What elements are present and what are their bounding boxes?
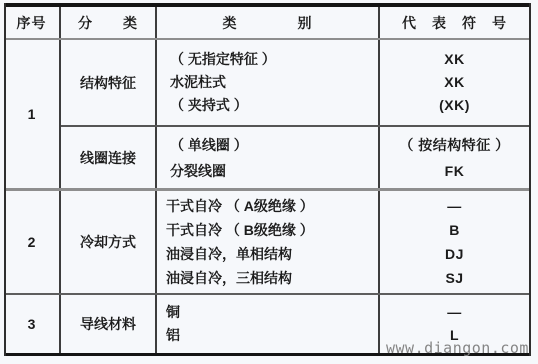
type-item: 干式自冷 （ B级绝缘 ） bbox=[166, 218, 314, 242]
symbol-item: B bbox=[449, 218, 460, 242]
category-conductor-material: 导线材料 bbox=[61, 295, 155, 353]
symbol-item: FK bbox=[445, 158, 465, 184]
header-col-no: 序号 bbox=[4, 7, 59, 38]
table-page: 序号 分 类 类 别 代 表 符 号 1 结构特征 （ 无指定特征 ） 水泥柱式… bbox=[0, 0, 538, 364]
type-list-coil: （ 单线圈 ） 分裂线圈 bbox=[170, 127, 375, 188]
category-coil-connection: 线圈连接 bbox=[61, 127, 155, 188]
header-col-type: 类 别 bbox=[157, 7, 378, 38]
header-col-symbol: 代 表 符 号 bbox=[380, 7, 529, 38]
type-item: 铜 bbox=[166, 301, 180, 324]
type-item: 铝 bbox=[166, 324, 180, 347]
type-list-structure: （ 无指定特征 ） 水泥柱式 （ 夹持式 ） bbox=[170, 40, 375, 125]
type-item: 干式自冷 （ A级绝缘 ） bbox=[166, 194, 314, 218]
column-divider-2 bbox=[155, 7, 157, 353]
symbol-item: DJ bbox=[445, 242, 464, 266]
site-watermark: www.diangon.com bbox=[386, 339, 529, 357]
row-number-3: 3 bbox=[4, 295, 59, 353]
symbol-item: （ 按结构特征 ） bbox=[399, 132, 509, 158]
type-item: （ 无指定特征 ） bbox=[170, 48, 276, 71]
symbol-list-cooling: — B DJ SJ bbox=[380, 191, 529, 293]
symbol-item: — bbox=[447, 301, 462, 324]
symbol-item: — bbox=[447, 194, 462, 218]
symbol-list-structure: XK XK (XK) bbox=[380, 40, 529, 125]
type-item: （ 夹持式 ） bbox=[170, 94, 248, 117]
symbol-list-coil: （ 按结构特征 ） FK bbox=[380, 127, 529, 188]
type-item: 水泥柱式 bbox=[170, 71, 226, 94]
type-item: 油浸自冷，三相结构 bbox=[166, 266, 292, 290]
type-item: 分裂线圈 bbox=[170, 158, 226, 184]
symbol-item: XK bbox=[444, 48, 464, 71]
category-structure-feature: 结构特征 bbox=[61, 40, 155, 125]
header-col-category: 分 类 bbox=[61, 7, 155, 38]
row-number-1: 1 bbox=[4, 40, 59, 188]
type-list-cooling: 干式自冷 （ A级绝缘 ） 干式自冷 （ B级绝缘 ） 油浸自冷，单相结构 油浸… bbox=[166, 191, 376, 293]
row-number-2: 2 bbox=[4, 191, 59, 293]
symbol-item: (XK) bbox=[439, 94, 470, 117]
table-border-right bbox=[529, 3, 531, 356]
symbol-item: SJ bbox=[445, 266, 463, 290]
type-item: 油浸自冷，单相结构 bbox=[166, 242, 292, 266]
type-item: （ 单线圈 ） bbox=[170, 132, 248, 158]
symbol-item: XK bbox=[444, 71, 464, 94]
category-cooling-method: 冷却方式 bbox=[61, 191, 155, 293]
type-list-material: 铜 铝 bbox=[166, 295, 376, 353]
